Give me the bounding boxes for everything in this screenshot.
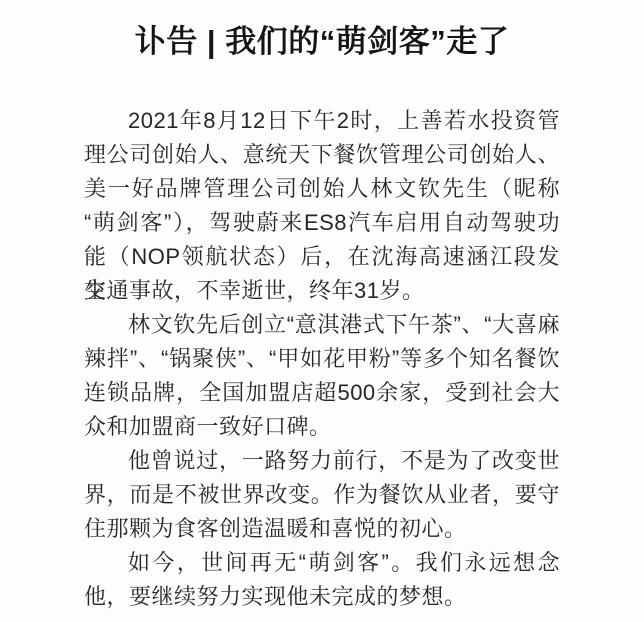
- body-line: 他曾说过，一路努力前行，不是为了改变世: [84, 444, 560, 478]
- body-line: 交通事故，不幸逝世，终年31岁。: [84, 274, 560, 308]
- page-title: 讣告 | 我们的“萌剑客”走了: [0, 0, 644, 64]
- body-line: 理公司创始人、意统天下餐饮管理公司创始人、: [84, 138, 560, 172]
- body-line: 美一好品牌管理公司创始人林文钦先生（昵称: [84, 172, 560, 206]
- paragraph-brands: 林文钦先后创立“意淇港式下午茶”、“大喜麻 辣拌”、“锅聚侠”、“甲如花甲粉”等…: [84, 308, 560, 444]
- body-line: 2021年8月12日下午2时，上善若水投资管: [84, 104, 560, 138]
- body-line: 他，要继续努力实现他未完成的梦想。: [84, 580, 560, 614]
- paragraph-accident: 2021年8月12日下午2时，上善若水投资管 理公司创始人、意统天下餐饮管理公司…: [84, 104, 560, 308]
- paragraph-farewell: 如今，世间再无“萌剑客”。我们永远想念 他，要继续努力实现他未完成的梦想。: [84, 546, 560, 614]
- body-line: 林文钦先后创立“意淇港式下午茶”、“大喜麻: [84, 308, 560, 342]
- body-line: 界，而是不被世界改变。作为餐饮从业者，要守: [84, 478, 560, 512]
- body-line: 如今，世间再无“萌剑客”。我们永远想念: [84, 546, 560, 580]
- paragraph-quote: 他曾说过，一路努力前行，不是为了改变世 界，而是不被世界改变。作为餐饮从业者，要…: [84, 444, 560, 546]
- body-line: 住那颗为食客创造温暖和喜悦的初心。: [84, 512, 560, 546]
- body-line: 能（NOP领航状态）后，在沈海高速涵江段发生: [84, 240, 560, 274]
- obituary-document: 讣告 | 我们的“萌剑客”走了 2021年8月12日下午2时，上善若水投资管 理…: [0, 0, 644, 622]
- body-line: 辣拌”、“锅聚侠”、“甲如花甲粉”等多个知名餐饮: [84, 342, 560, 376]
- body-line: “萌剑客”），驾驶蔚来ES8汽车启用自动驾驶功: [84, 206, 560, 240]
- body-line: 众和加盟商一致好口碑。: [84, 410, 560, 444]
- body-line: 连锁品牌，全国加盟店超500余家，受到社会大: [84, 376, 560, 410]
- obituary-body: 2021年8月12日下午2时，上善若水投资管 理公司创始人、意统天下餐饮管理公司…: [84, 104, 560, 614]
